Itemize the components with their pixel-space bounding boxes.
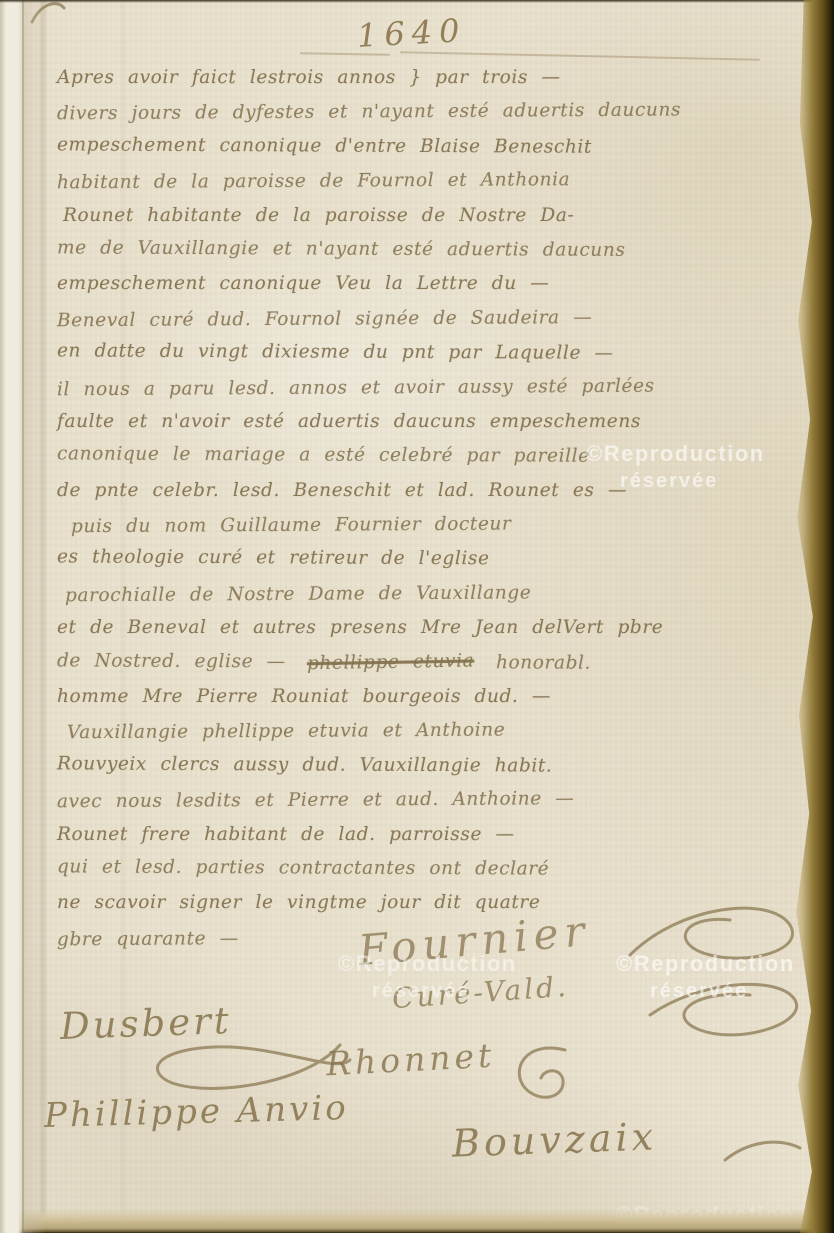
manuscript-scan: 1640 Apres avoir faict lestrois annos } … — [0, 0, 834, 1233]
manuscript-line: Vauxillangie phellippe etuvia et Anthoin… — [57, 712, 802, 751]
year-heading: 1640 — [356, 11, 467, 55]
manuscript-line: il nous a paru lesd. annos et avoir auss… — [57, 368, 802, 407]
manuscript-line: Rouvyeix clercs aussy dud. Vauxillangie … — [57, 747, 802, 785]
manuscript-line: homme Mre Pierre Rouniat bourgeois dud. … — [57, 680, 802, 714]
bouvzaix-tail-flourish — [720, 1130, 810, 1170]
line-post-text: honorabl. — [496, 652, 591, 673]
manuscript-line: en datte du vingt dixiesme du pnt par La… — [57, 334, 802, 372]
manuscript-line: divers jours de dyfestes et n'ayant esté… — [57, 93, 802, 132]
paper-top-edge — [0, 0, 834, 3]
pen-mark — [24, 0, 74, 30]
manuscript-line: empeschement canonique Veu la Lettre du … — [57, 267, 802, 301]
paper-crease — [38, 0, 48, 1233]
manuscript-line: et de Beneval et autres presens Mre Jean… — [57, 611, 802, 645]
line-pre-text: de Nostred. eglise — — [57, 650, 286, 672]
manuscript-line: puis du nom Guillaume Fournier docteur — [57, 506, 802, 545]
dusbert-paraph-flourish — [140, 1030, 360, 1100]
manuscript-line: Apres avoir faict lestrois annos } par t… — [57, 61, 802, 95]
rhonnet-paraph-flourish — [505, 1040, 585, 1110]
manuscript-line: es theologie curé et retireur de l'eglis… — [57, 541, 802, 579]
signature-cure-vald: Curé-Vald. — [391, 970, 570, 1015]
signature-paraph-flourish — [620, 895, 810, 1055]
manuscript-line: Rounet frere habitant de lad. parroisse … — [57, 818, 802, 852]
paper-bottom-edge — [0, 1209, 834, 1233]
paper-left-ridge — [22, 0, 24, 1233]
manuscript-line: qui et lesd. parties contractantes ont d… — [57, 850, 802, 888]
manuscript-line: empeschement canonique d'entre Blaise Be… — [57, 128, 802, 166]
manuscript-line: Rounet habitante de la paroisse de Nostr… — [57, 199, 802, 233]
manuscript-line: habitant de la paroisse de Fournol et An… — [57, 162, 802, 201]
manuscript-line-with-strikeout: de Nostred. eglise — phellippe etuvia ho… — [57, 644, 802, 682]
manuscript-line: canonique le mariage a esté celebré par … — [57, 438, 802, 476]
manuscript-line: parochialle de Nostre Dame de Vauxillang… — [57, 575, 802, 614]
heading-underline-flourish — [400, 51, 760, 61]
heading-underline — [300, 52, 390, 56]
manuscript-line: de pnte celebr. lesd. Beneschit et lad. … — [57, 474, 802, 508]
manuscript-line: faulte et n'avoir esté aduertis daucuns … — [57, 405, 802, 439]
signature-bouvzaix: Bouvzaix — [451, 1114, 657, 1165]
manuscript-text-block: Apres avoir faict lestrois annos } par t… — [57, 61, 802, 955]
manuscript-line: Beneval curé dud. Fournol signée de Saud… — [57, 299, 802, 338]
struck-text: phellippe etuvia — [307, 644, 475, 681]
watermark-text: ©Reproduction — [616, 1202, 795, 1228]
manuscript-line: avec nous lesdits et Pierre et aud. Anth… — [57, 781, 802, 820]
manuscript-line: me de Vauxillangie et n'ayant esté aduer… — [57, 231, 802, 269]
reproduction-watermark-bottom: ©Reproduction — [616, 1202, 795, 1228]
